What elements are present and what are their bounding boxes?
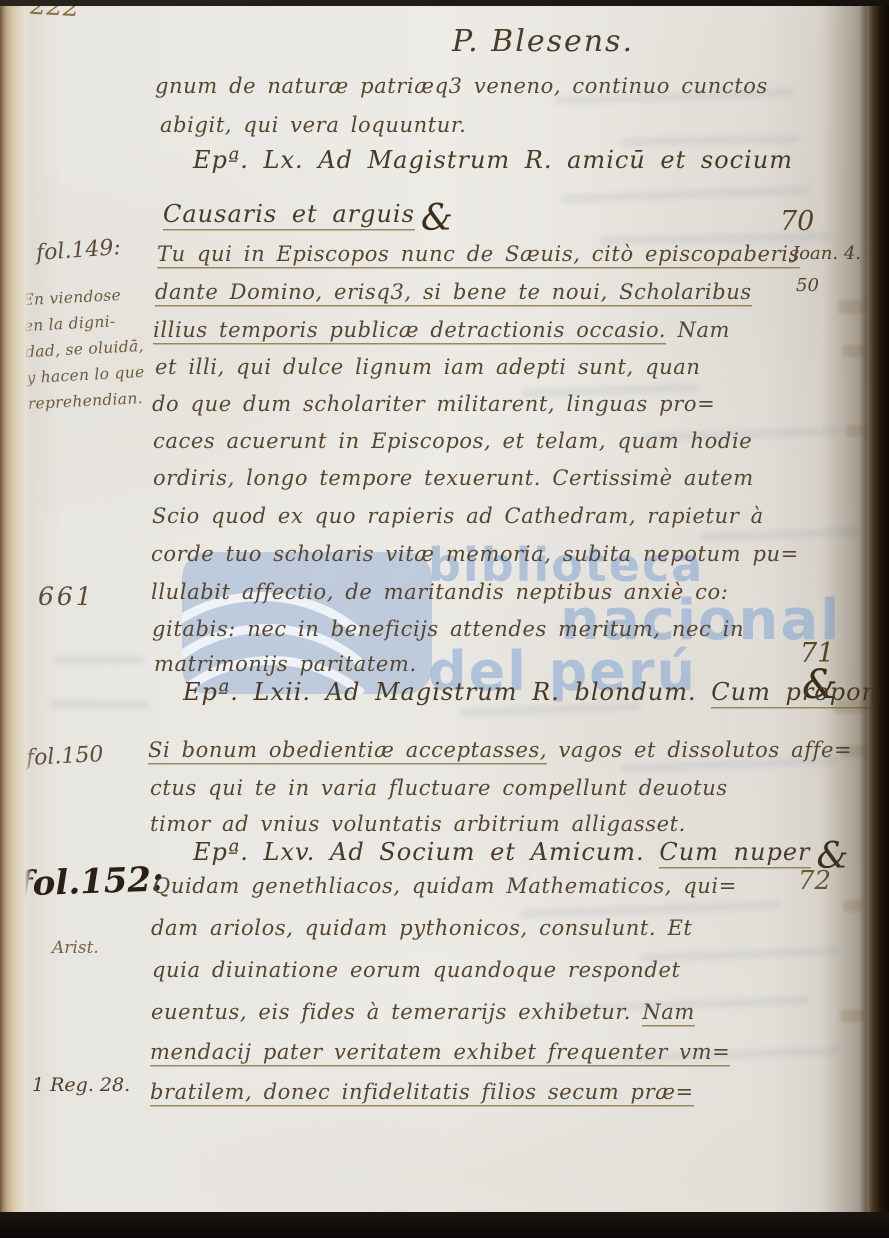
manuscript-line: illius temporis publicæ detractionis occ… xyxy=(153,318,730,342)
manuscript-line: gnum de naturæ patriæq3 veneno, continuo… xyxy=(155,74,768,98)
folio-reference-150: fol.150 xyxy=(25,742,104,771)
manuscript-line: euentus, eis fides à temerarijs exhibetu… xyxy=(151,1000,695,1024)
epistle-heading: Epª. Lxii. Ad Magistrum R. blondum. Cum … xyxy=(183,678,889,706)
manuscript-line: ctus qui te in varia fluctuare compellun… xyxy=(150,776,728,800)
manuscript-line: Tu qui in Episcopos nunc de Sæuis, citò … xyxy=(157,242,800,266)
manuscript-line: timor ad vnius voluntatis arbitrium alli… xyxy=(150,812,686,836)
manuscript-line: dante Domino, erisq3, si bene te noui, S… xyxy=(155,280,752,304)
manuscript-line: abigit, qui vera loquuntur. xyxy=(160,113,466,137)
margin-citation-verse: 50 xyxy=(796,275,819,296)
manuscript-line: mendacij pater veritatem exhibet frequen… xyxy=(150,1040,730,1064)
page-title: P. Blesens. xyxy=(452,24,634,59)
manuscript-page: biblioteca nacional del perú 222 P. Bles… xyxy=(0,0,889,1238)
manuscript-line: matrimonijs paritatem. xyxy=(154,652,417,676)
folio-reference-149: fol.149: xyxy=(35,235,121,266)
manuscript-line: llulabit affectio, de maritandis neptibu… xyxy=(151,580,728,604)
epistle-heading: Causaris et arguis& xyxy=(163,198,454,239)
manuscript-line: bratilem, donec infidelitatis filios sec… xyxy=(150,1080,694,1104)
marginal-gloss: En viendose en la digni- dad, se oluidā,… xyxy=(22,281,147,417)
epistle-heading: Epª. Lxv. Ad Socium et Amicum. Cum nuper… xyxy=(193,836,850,877)
show-through-mark xyxy=(50,700,150,709)
epistle-heading: Epª. Lx. Ad Magistrum R. amicū et socium xyxy=(193,146,793,174)
show-through-mark xyxy=(55,655,145,664)
show-through-mark xyxy=(560,186,810,204)
show-through-mark xyxy=(620,134,800,146)
ampersand-flourish: & xyxy=(415,198,454,239)
manuscript-line: corde tuo scholaris vitæ memoria, subita… xyxy=(151,542,799,566)
scan-border-bottom xyxy=(0,1212,889,1238)
manuscript-line: Quidam genethliacos, quidam Mathematicos… xyxy=(153,874,737,898)
manuscript-line: gitabis: nec in beneficijs attendes meri… xyxy=(152,617,744,641)
manuscript-line: dam ariolos, quidam pythonicos, consulun… xyxy=(151,916,692,940)
manuscript-line: Si bonum obedientiæ acceptasses, vagos e… xyxy=(148,738,852,762)
manuscript-line: quia diuinatione eorum quandoque respond… xyxy=(152,958,681,982)
margin-number-661: 661 xyxy=(38,582,95,611)
margin-number-70: 70 xyxy=(780,206,814,237)
manuscript-line: do que dum scholariter militarent, lingu… xyxy=(152,392,715,416)
folio-reference-152: fol.152: xyxy=(17,859,164,904)
margin-citation-kings: 1 Reg. 28. xyxy=(32,1074,130,1096)
margin-citation-aristotle: Arist. xyxy=(52,938,99,958)
scan-border-top xyxy=(0,0,889,6)
manuscript-line: ordiris, longo tempore texuerunt. Certis… xyxy=(153,466,754,490)
book-edge-right xyxy=(859,0,889,1238)
page-stack-edge-left xyxy=(0,0,32,1238)
manuscript-line: caces acuerunt in Episcopos, et telam, q… xyxy=(153,429,752,453)
manuscript-line: Scio quod ex quo rapieris ad Cathedram, … xyxy=(152,504,764,528)
manuscript-line: et illi, qui dulce lignum iam adepti sun… xyxy=(155,355,701,379)
